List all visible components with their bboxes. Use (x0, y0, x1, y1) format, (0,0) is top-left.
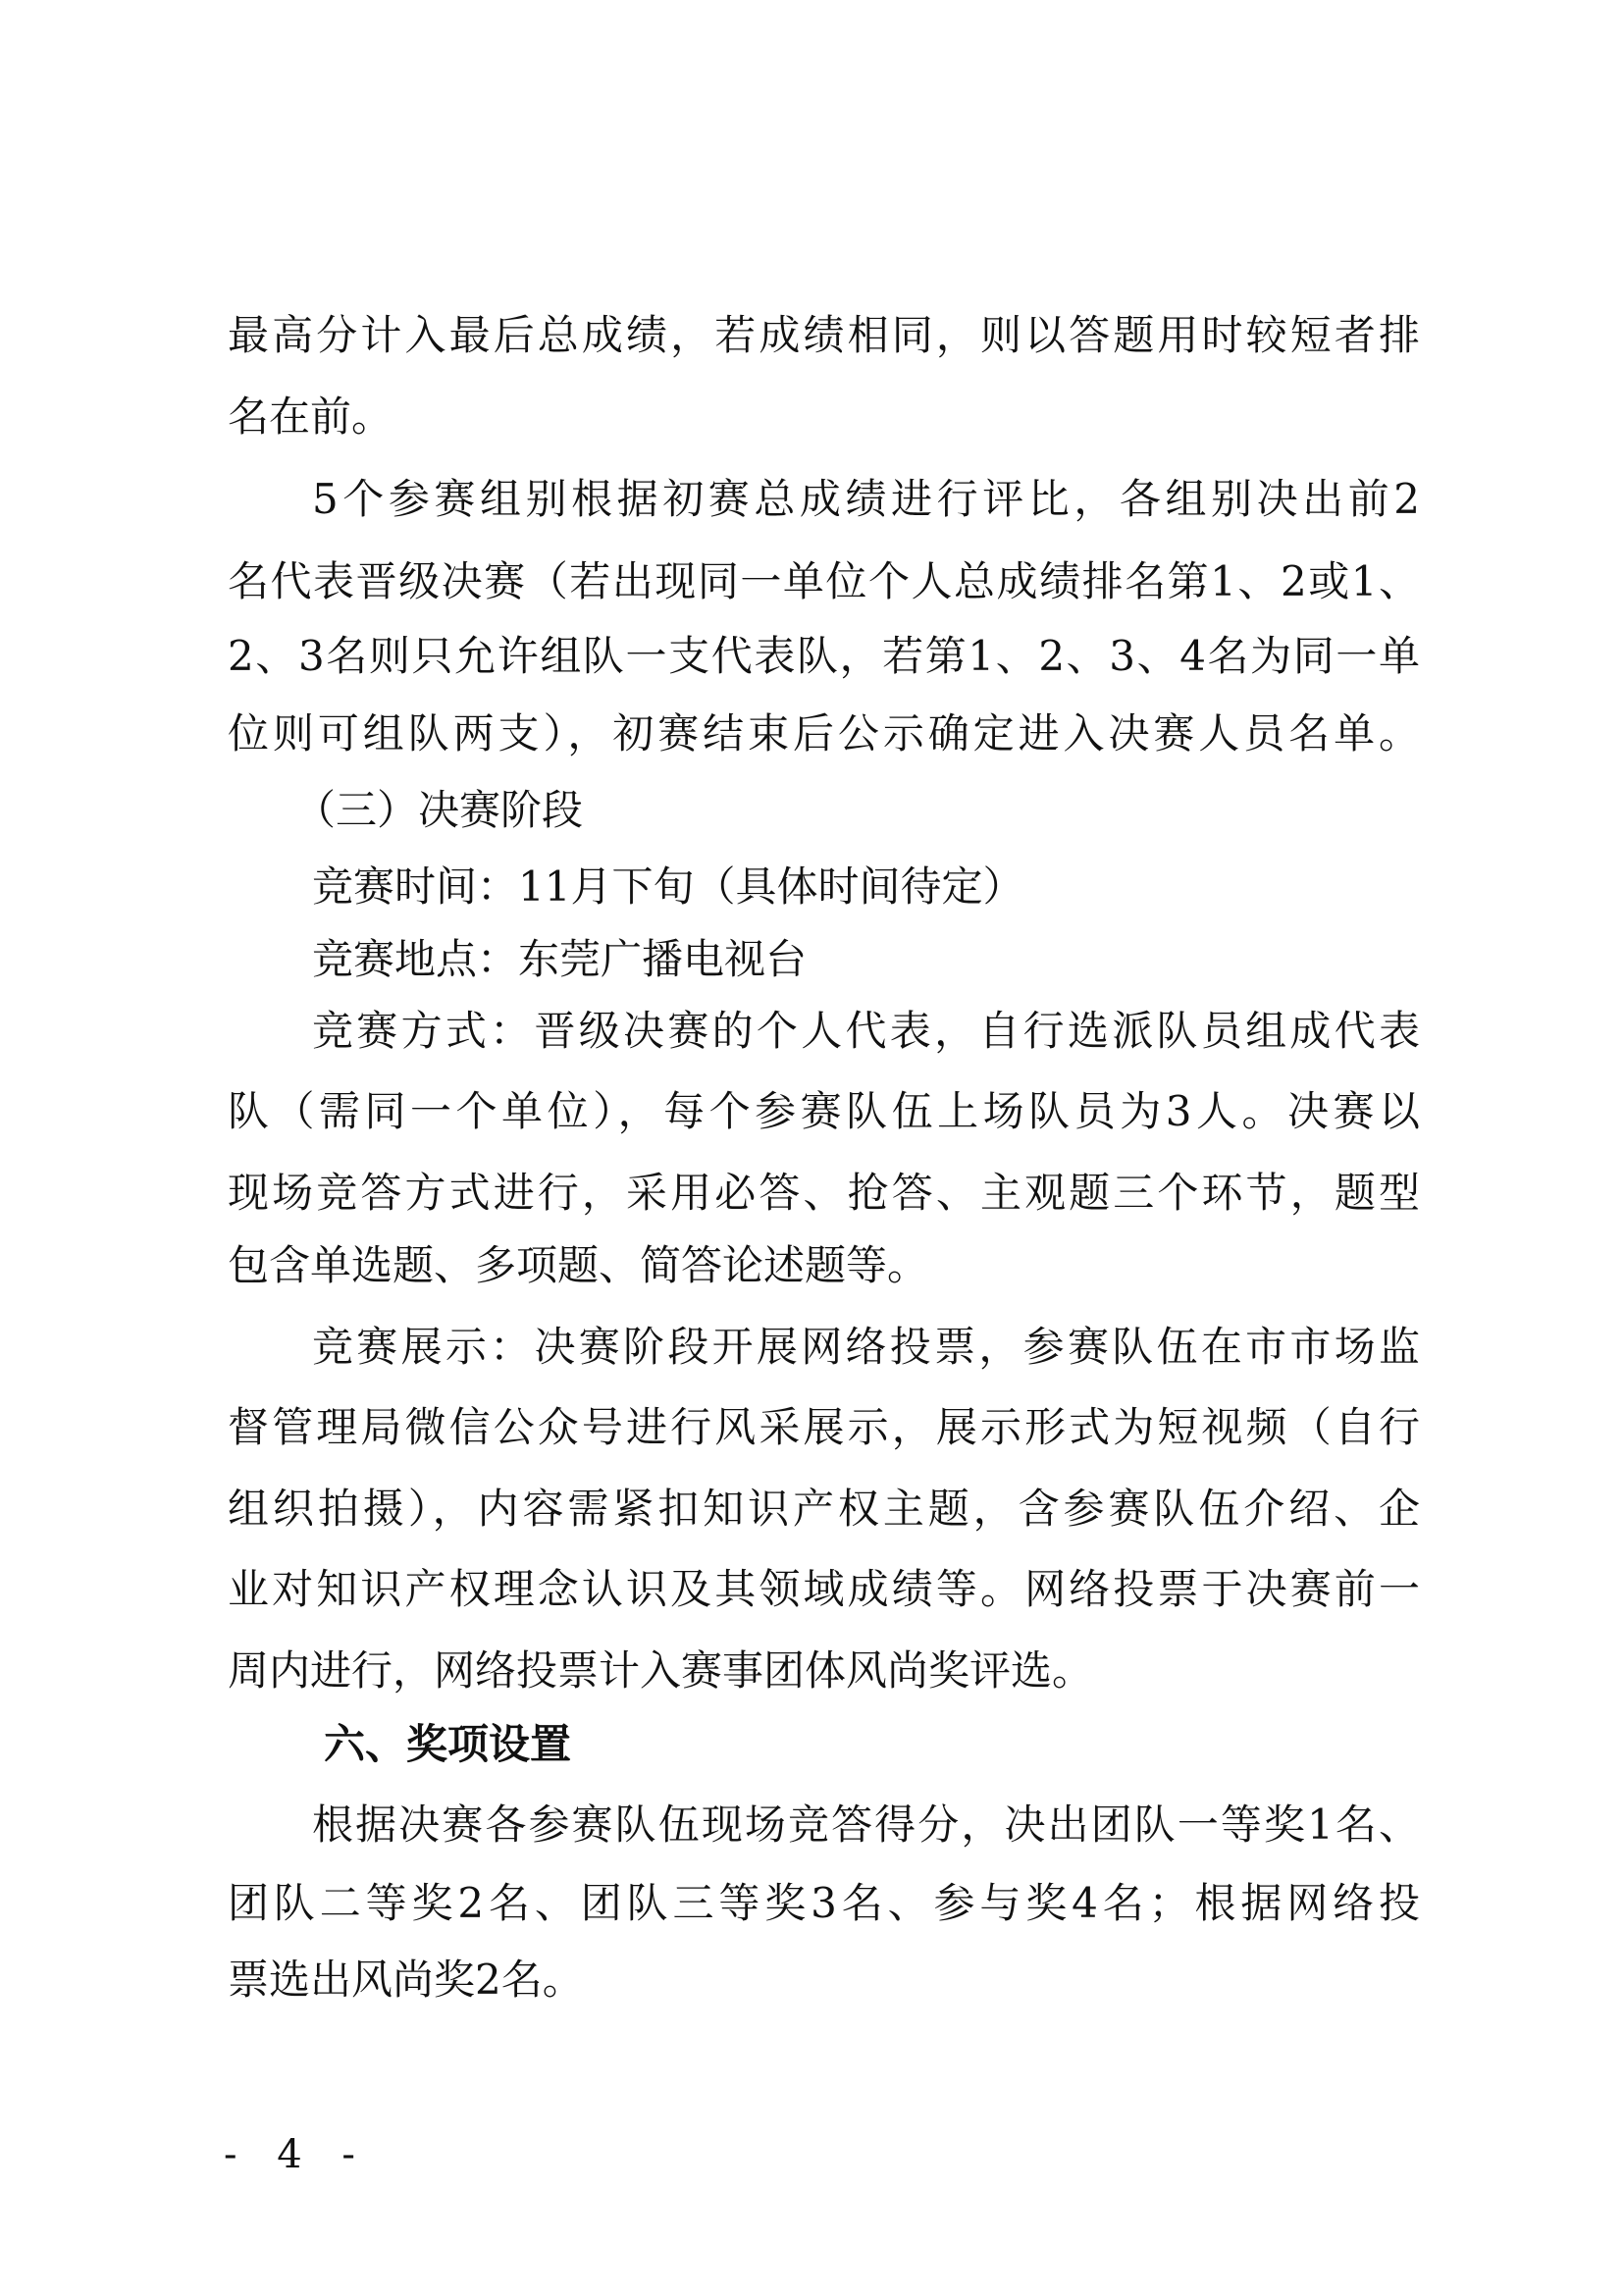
paragraph-line: 组织拍摄），内容需紧扣知识产权主题，含参赛队伍介绍、企 (228, 1484, 1420, 1535)
paragraph-line: 业对知识产权理念认识及其领域成绩等。网络投票于决赛前一 (228, 1564, 1420, 1615)
paragraph-line: 包含单选题、多项题、简答论述题等。 (228, 1240, 1420, 1291)
paragraph-line: 名在前。 (228, 391, 1420, 443)
paragraph-line: 周内进行，网络投票计入赛事团体风尚奖评选。 (228, 1645, 1420, 1696)
paragraph-line: 票选出风尚奖2名。 (228, 1955, 1420, 2006)
paragraph-line: 队（需同一个单位），每个参赛队伍上场队员为3人。决赛以 (228, 1086, 1420, 1137)
paragraph-line: 团队二等奖2名、团队三等奖3名、参与奖4名；根据网络投 (228, 1878, 1420, 1929)
paragraph-line: 督管理局微信公众号进行风采展示，展示形式为短视频（自行 (228, 1402, 1420, 1453)
paragraph-line: 最高分计入最后总成绩，若成绩相同，则以答题用时较短者排 (228, 310, 1420, 361)
paragraph-line: 2、3名则只允许组队一支代表队，若第1、2、3、4名为同一单 (228, 631, 1420, 682)
section-subheading: （三）决赛阶段 (294, 785, 1487, 836)
page-number: - 4 - (224, 2131, 369, 2178)
paragraph-line: 竞赛时间：11月下旬（具体时间待定） (312, 861, 1420, 913)
paragraph-line: 现场竞答方式进行，采用必答、抢答、主观题三个环节，题型 (228, 1168, 1420, 1219)
paragraph-line: 名代表晋级决赛（若出现同一单位个人总成绩排名第1、2或1、 (228, 556, 1420, 607)
paragraph-line: 根据决赛各参赛队伍现场竞答得分，决出团队一等奖1名、 (312, 1800, 1420, 1851)
paragraph-line: 竞赛地点：东莞广播电视台 (312, 934, 1420, 985)
section-heading: 六、奖项设置 (324, 1719, 1516, 1770)
paragraph-line: 竞赛方式：晋级决赛的个人代表，自行选派队员组成代表 (312, 1006, 1420, 1057)
paragraph-line: 位则可组队两支），初赛结束后公示确定进入决赛人员名单。 (228, 708, 1420, 759)
paragraph-line: 5个参赛组别根据初赛总成绩进行评比，各组别决出前2 (312, 474, 1420, 525)
paragraph-line: 竞赛展示：决赛阶段开展网络投票，参赛队伍在市市场监 (312, 1322, 1420, 1373)
